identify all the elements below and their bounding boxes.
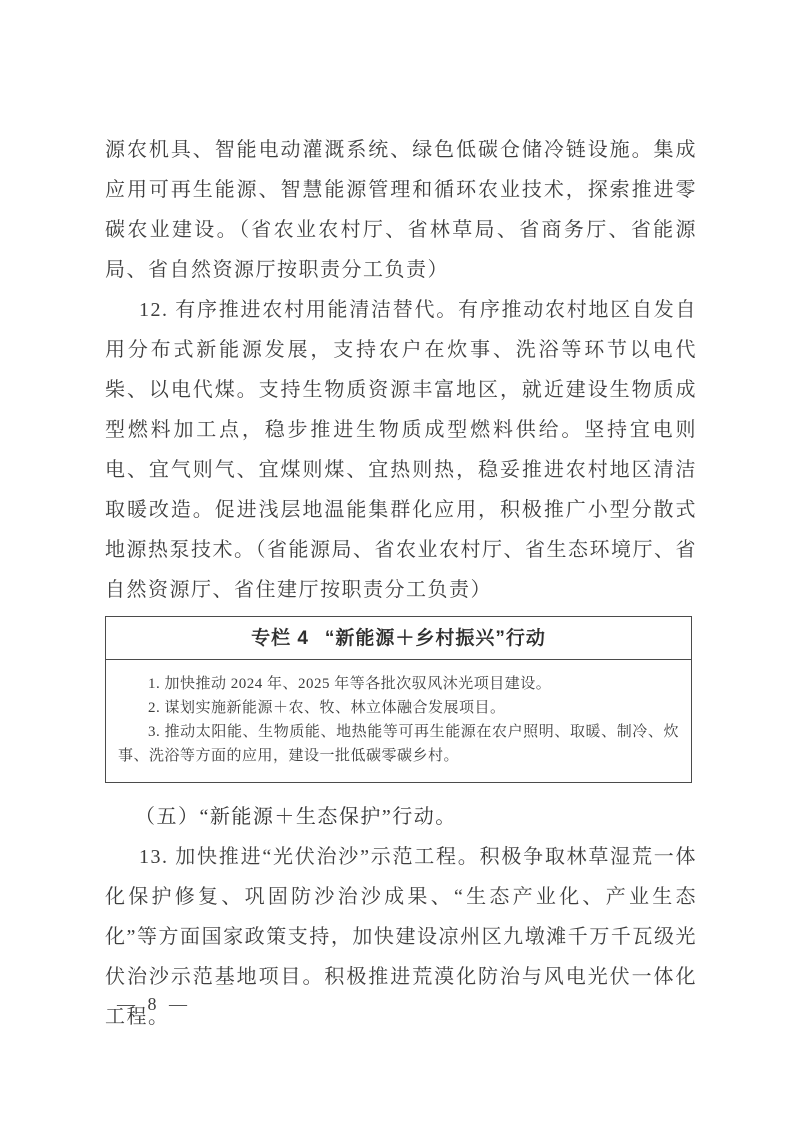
page-number: — 8 — (117, 994, 191, 1015)
column-box-4-label: 专栏 4 (251, 628, 309, 649)
heading-section-5: （五）“新能源＋生态保护”行动。 (105, 797, 697, 837)
column-box-4-title: “新能源＋乡村振兴”行动 (325, 628, 546, 649)
column-box-4-item-3: 3. 推动太阳能、生物质能、地热能等可再生能源在农户照明、取暖、制冷、炊事、洗浴… (118, 720, 679, 768)
page-content: 源农机具、智能电动灌溉系统、绿色低碳仓储冷链设施。集成应用可再生能源、智慧能源管… (105, 130, 697, 1037)
paragraph-continuation: 源农机具、智能电动灌溉系统、绿色低碳仓储冷链设施。集成应用可再生能源、智慧能源管… (105, 130, 697, 290)
column-box-4: 专栏 4“新能源＋乡村振兴”行动 1. 加快推动 2024 年、2025 年等各… (105, 616, 692, 783)
column-box-4-item-1: 1. 加快推动 2024 年、2025 年等各批次驭风沐光项目建设。 (118, 672, 679, 696)
column-box-4-header: 专栏 4“新能源＋乡村振兴”行动 (106, 617, 691, 660)
paragraph-item-13: 13. 加快推进“光伏治沙”示范工程。积极争取林草湿荒一体化保护修复、巩固防沙治… (105, 837, 697, 1037)
document-page: 源农机具、智能电动灌溉系统、绿色低碳仓储冷链设施。集成应用可再生能源、智慧能源管… (0, 0, 794, 1123)
paragraph-item-12: 12. 有序推进农村用能清洁替代。有序推动农村地区自发自用分布式新能源发展，支持… (105, 290, 697, 610)
column-box-4-item-2: 2. 谋划实施新能源＋农、牧、林立体融合发展项目。 (118, 696, 679, 720)
column-box-4-body: 1. 加快推动 2024 年、2025 年等各批次驭风沐光项目建设。 2. 谋划… (106, 660, 691, 782)
